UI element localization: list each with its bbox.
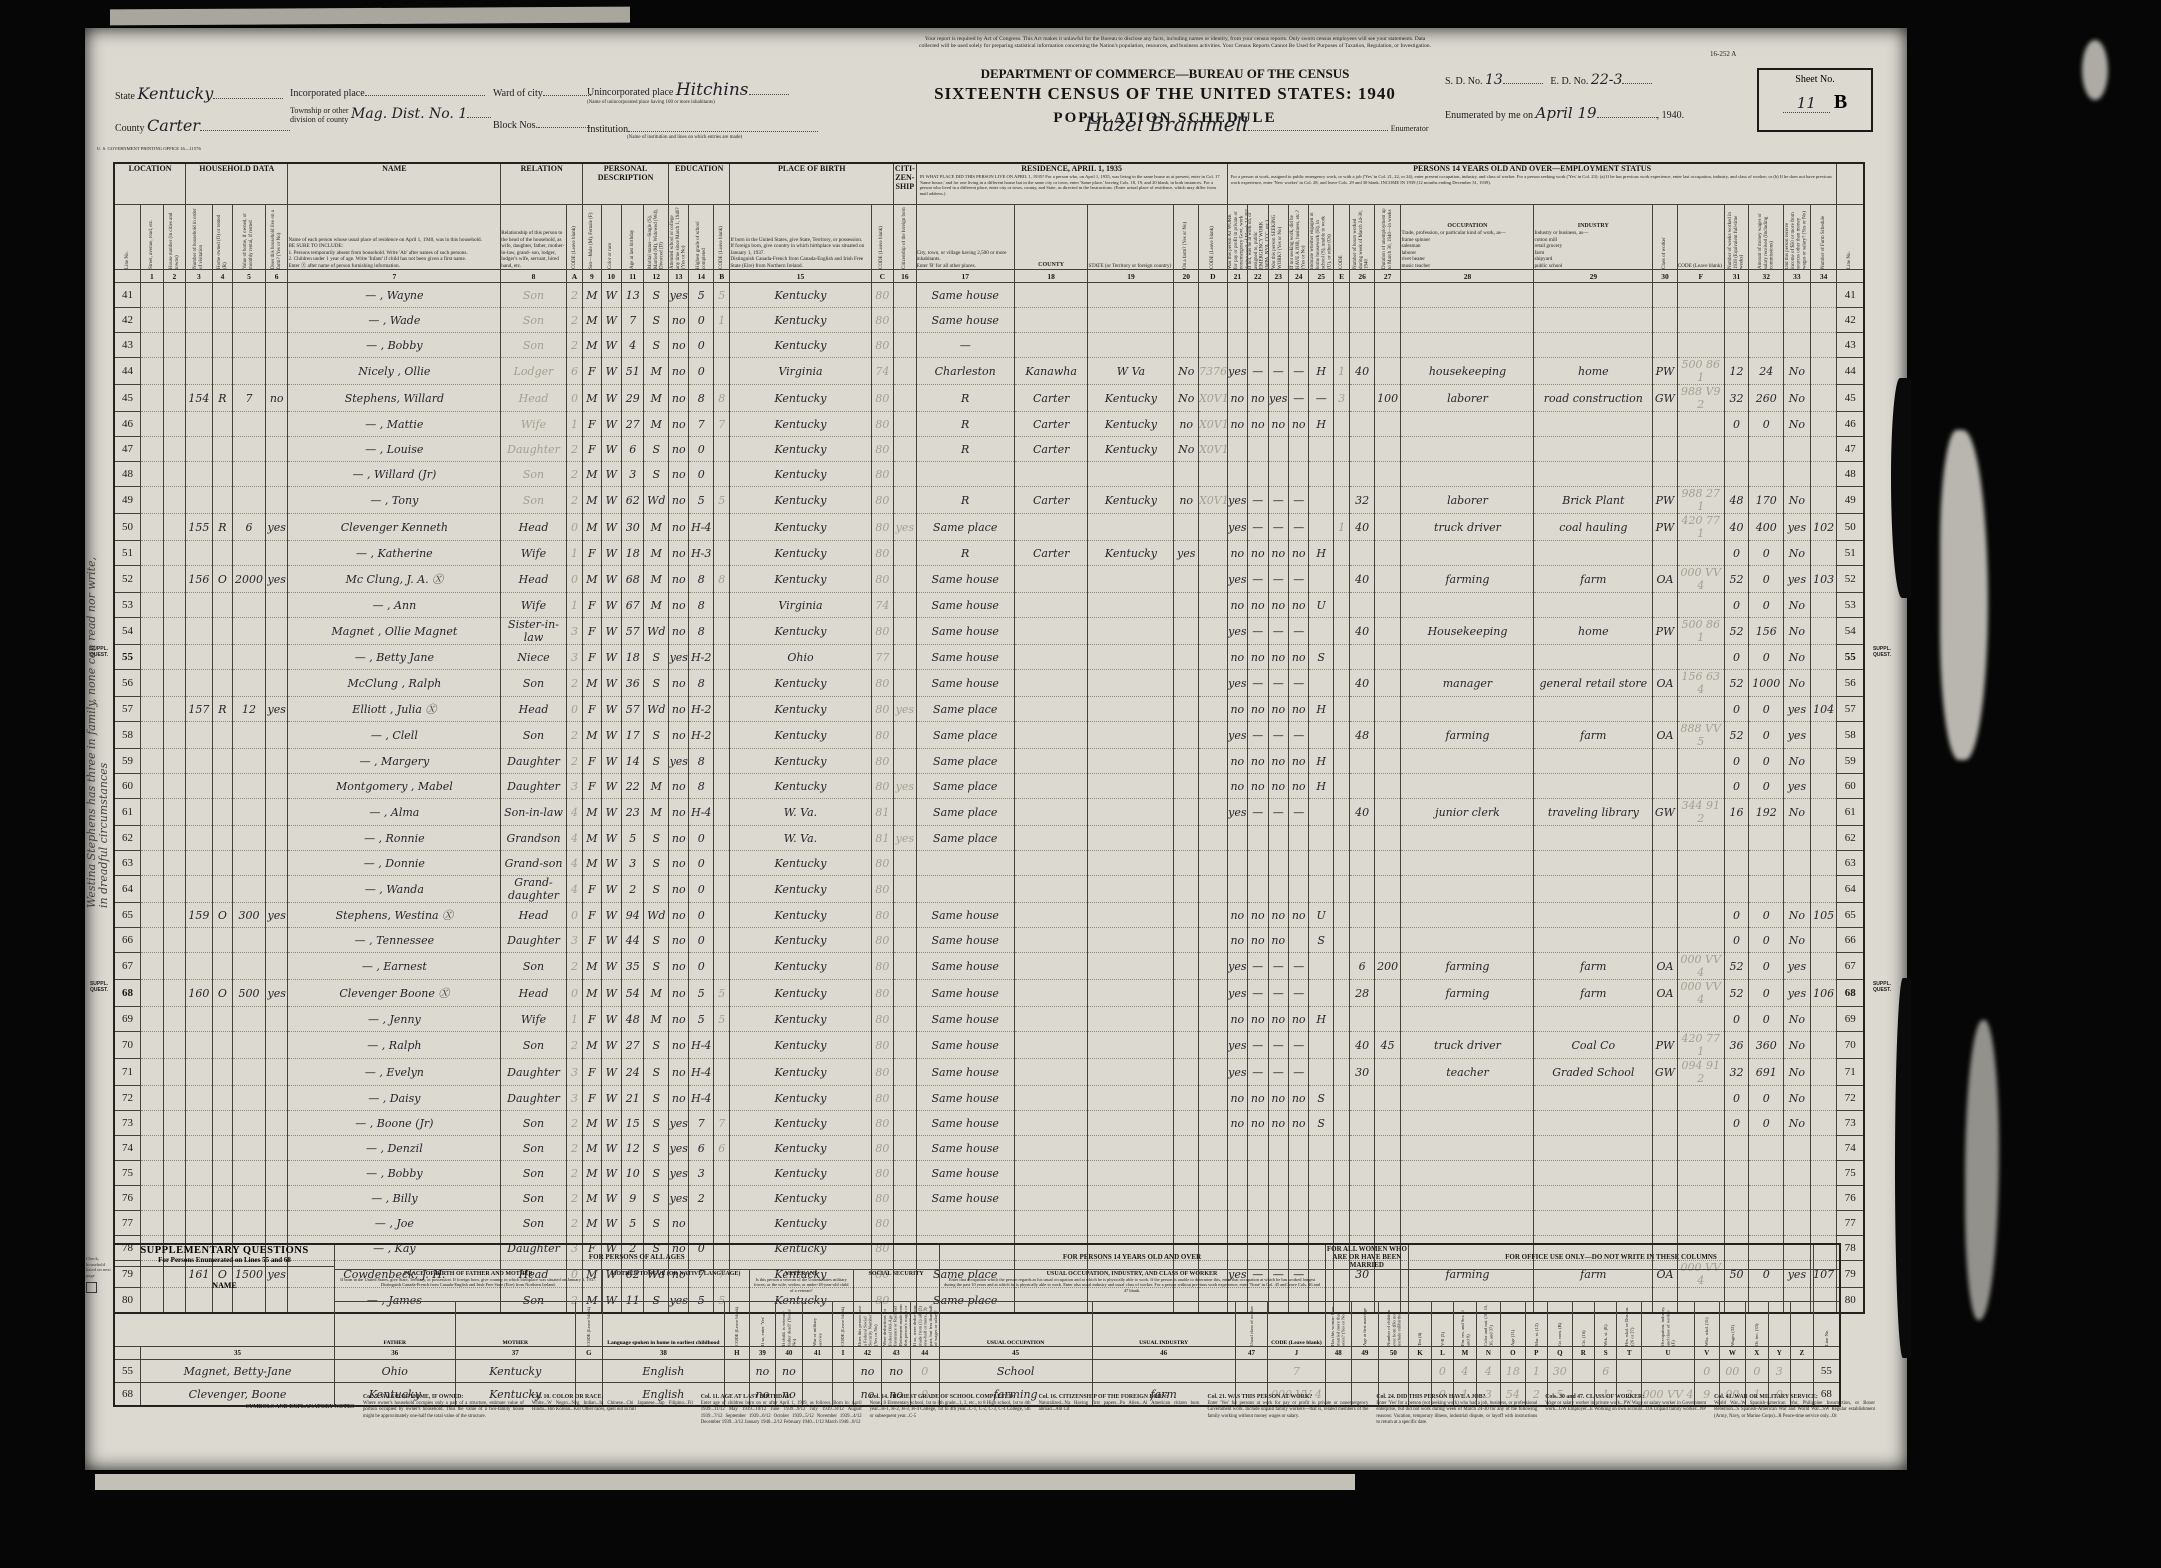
cell-22-r69: no [1248,1007,1268,1032]
supp-cell-46-r55 [1092,1360,1235,1383]
cell-11-r48: 3 [621,462,644,487]
cell-3-r67 [186,953,213,980]
cell-24-r42 [1288,308,1308,333]
cell-32-r73: 0 [1749,1111,1784,1136]
cell-23-r66: no [1268,928,1288,953]
cell-11-r52: 68 [621,566,644,593]
cell-34-r62 [1810,826,1837,851]
cell-C-r54: 80 [871,618,894,645]
cell-E-r41 [1333,283,1349,308]
column-desc-C: CODE (Leave blank) [871,205,894,270]
cell-27-r62 [1374,826,1401,851]
cell-19-r48 [1088,462,1174,487]
cell-9-r66: F [583,928,601,953]
cell-line-r56: 56 [114,670,141,697]
cell-3-r57: 157 [186,697,213,722]
cell-22-r67: — [1248,953,1268,980]
supp-col-desc-M: Fm. res. and Sex (6 and 9) [1454,1302,1476,1347]
cell-2-r57 [163,697,186,722]
supp-cell-Q-r55: 30 [1548,1360,1573,1383]
cell-2-r56 [163,670,186,697]
cell-17-r44: Charleston [916,358,1014,385]
person-row-57: 57157R12yesElliott , Julia ⓍHead0FW57Wdn… [114,697,1864,722]
cell-25-r50 [1309,514,1334,541]
column-number-11: 11 [621,270,644,283]
cell-D-r51 [1198,541,1227,566]
supp-col-number-S: S [1595,1347,1617,1360]
cell-18-r63 [1014,851,1088,876]
cell-26-r51 [1350,541,1375,566]
cell-22-r53: no [1248,593,1268,618]
supp-cell-50-r55 [1378,1360,1409,1383]
cell-8-r76: Son [501,1186,566,1211]
cell-33-r41 [1784,283,1811,308]
cell-E-r73 [1333,1111,1349,1136]
cell-21-r76 [1227,1186,1247,1211]
cell-12-r50: M [644,514,669,541]
person-row-47: 47— , LouiseDaughter2FW6Sno0Kentucky80RC… [114,437,1864,462]
cell-24-r58: — [1288,722,1308,749]
cell-21-r66: no [1227,928,1247,953]
supp-cell-U-r55 [1641,1360,1694,1383]
cell-C-r49: 80 [871,487,894,514]
cell-5-r54 [233,618,266,645]
cell-28-r60 [1401,774,1534,799]
cell-16-r57: yes [894,697,917,722]
cell-7-r43: — , Bobby [288,333,501,358]
cell-18-r53 [1014,593,1088,618]
cell-25-r67 [1309,953,1334,980]
cell-B-r48 [714,462,730,487]
cell-33-r63 [1784,851,1811,876]
cell-13-r75: yes [669,1161,689,1186]
supp-col-desc-38: Language spoken in home in earliest chil… [602,1302,725,1347]
cell-1-r74 [141,1136,164,1161]
cell-12-r56: S [644,670,669,697]
cell-6-r57: yes [265,697,288,722]
person-row-58: 58— , ClellSon2MW17SnoH-2Kentucky80Same … [114,722,1864,749]
cell-18-r56 [1014,670,1088,697]
cell-31-r48 [1724,462,1749,487]
cell-23-r64 [1268,876,1288,903]
cell-22-r65: no [1248,903,1268,928]
cell-8-r50: Head [501,514,566,541]
cell-22-r54: — [1248,618,1268,645]
cell-3-r53 [186,593,213,618]
cell-22-r43 [1248,333,1268,358]
cell-1-r71 [141,1059,164,1086]
cell-4-r52: O [212,566,232,593]
supp-col-number-I: I [833,1347,853,1360]
cell-E-r52 [1333,566,1349,593]
cell-33-r68: yes [1784,980,1811,1007]
cell-15-r54: Kentucky [730,618,871,645]
cell-30-r77 [1653,1211,1678,1236]
cell-10-r72: W [601,1086,621,1111]
cell-line-r76: 76 [1837,1186,1864,1211]
cell-27-r66 [1374,928,1401,953]
cell-31-r77 [1724,1211,1749,1236]
cell-14-r65: 0 [689,903,714,928]
cell-27-r50 [1374,514,1401,541]
cell-25-r73: S [1309,1111,1334,1136]
note-block-3: Col. 10. COLOR OR RACE:White...W Negro..… [532,1394,693,1427]
cell-34-r77 [1810,1211,1837,1236]
cell-11-r58: 17 [621,722,644,749]
cell-10-r47: W [601,437,621,462]
cell-1-r62 [141,826,164,851]
cell-34-r51 [1810,541,1837,566]
cell-28-r69 [1401,1007,1534,1032]
supp-col-desc-O: Age (11) [1501,1302,1526,1347]
cell-26-r42 [1350,308,1375,333]
note-block-4: Col. 11. AGE AT LAST BIRTHDAY:Enter age … [701,1394,862,1427]
cell-30-r53 [1653,593,1678,618]
cell-C-r43: 80 [871,333,894,358]
supp-subgroup-2: MOTHER TONGUE (OR NATIVE LANGUAGE) [602,1270,749,1302]
cell-line-r80: 80 [1837,1288,1864,1314]
cell-29-r58: farm [1534,722,1653,749]
cell-14-r67: 0 [689,953,714,980]
cell-23-r59: no [1268,749,1288,774]
supp-cell-36-r55: Ohio [335,1360,455,1383]
cell-25-r74 [1309,1136,1334,1161]
cell-21-r50: yes [1227,514,1247,541]
cell-20-r65 [1174,903,1199,928]
cell-32-r50: 400 [1749,514,1784,541]
cell-10-r46: W [601,412,621,437]
group-header-2: HOUSEHOLD DATA [186,163,288,205]
cell-1-r45 [141,385,164,412]
cell-D-r75 [1198,1161,1227,1186]
cell-27-r76 [1374,1186,1401,1211]
cell-24-r49: — [1288,487,1308,514]
cell-line-r75: 75 [1837,1161,1864,1186]
cell-32-r71: 691 [1749,1059,1784,1086]
cell-25-r75 [1309,1161,1334,1186]
cell-13-r58: no [669,722,689,749]
cell-E-r67 [1333,953,1349,980]
cell-4-r61 [212,799,232,826]
photo-artifact-blob [1965,1020,1999,1320]
cell-A-r41: 2 [566,283,582,308]
cell-1-r57 [141,697,164,722]
cell-24-r41 [1288,283,1308,308]
supp-col-number-V: V [1695,1347,1720,1360]
cell-10-r45: W [601,385,621,412]
cell-C-r77: 80 [871,1211,894,1236]
cell-30-r74 [1653,1136,1678,1161]
supp-col-desc-49: Age at first marriage [1352,1302,1379,1347]
person-row-54: 54Magnet , Ollie MagnetSister-in-law3FW5… [114,618,1864,645]
cell-21-r54: yes [1227,618,1247,645]
cell-line-r72: 72 [1837,1086,1864,1111]
cell-24-r48 [1288,462,1308,487]
cell-20-r55 [1174,645,1199,670]
cell-5-r52: 2000 [233,566,266,593]
supp-col-number-42: 42 [853,1347,882,1360]
cell-34-r48 [1810,462,1837,487]
cell-31-r45: 32 [1724,385,1749,412]
cell-9-r51: F [583,541,601,566]
cell-21-r46: no [1227,412,1247,437]
cell-11-r51: 18 [621,541,644,566]
cell-3-r55 [186,645,213,670]
cell-30-r54: PW [1653,618,1678,645]
cell-34-r68: 106 [1810,980,1837,1007]
cell-10-r53: W [601,593,621,618]
cell-26-r63 [1350,851,1375,876]
cell-13-r71: no [669,1059,689,1086]
cell-31-r60: 0 [1724,774,1749,799]
note-block-9: Cols. 30 and 47. CLASS OF WORKER:Wage or… [1545,1394,1706,1427]
cell-15-r64: Kentucky [730,876,871,903]
cell-23-r43 [1268,333,1288,358]
supp-col-desc-H: CODE (Leave blank) [725,1302,750,1347]
township-field: Township or otherdivision of county Mag.… [290,106,491,124]
cell-1-r48 [141,462,164,487]
cell-32-r68: 0 [1749,980,1784,1007]
cell-4-r67 [212,953,232,980]
cell-line-r61: 61 [114,799,141,826]
supp-col-desc-G: CODE (Leave blank) [576,1302,603,1347]
cell-7-r70: — , Ralph [288,1032,501,1059]
cell-15-r77: Kentucky [730,1211,871,1236]
supp-col-number-35: 35 [141,1347,335,1360]
cell-10-r69: W [601,1007,621,1032]
cell-14-r41: 5 [689,283,714,308]
cell-7-r67: — , Earnest [288,953,501,980]
cell-32-r55: 0 [1749,645,1784,670]
cell-17-r59: Same place [916,749,1014,774]
cell-17-r64 [916,876,1014,903]
cell-14-r72: H-4 [689,1086,714,1111]
cell-20-r47: No [1174,437,1199,462]
cell-4-r43 [212,333,232,358]
cell-6-r53 [265,593,288,618]
cell-8-r52: Head [501,566,566,593]
cell-18-r67 [1014,953,1088,980]
cell-26-r66 [1350,928,1375,953]
column-number-12: 12 [644,270,669,283]
cell-12-r66: S [644,928,669,953]
cell-7-r55: — , Betty Jane [288,645,501,670]
cell-18-r43 [1014,333,1088,358]
cell-30-r47 [1653,437,1678,462]
page-edge-sliver-bottom [95,1474,1355,1490]
cell-E-r63 [1333,851,1349,876]
supp-col-number-46: 46 [1092,1347,1235,1360]
cell-27-r45: 100 [1374,385,1401,412]
cell-29-r69 [1534,1007,1653,1032]
cell-C-r62: 81 [871,826,894,851]
cell-30-r72 [1653,1086,1678,1111]
cell-32-r72: 0 [1749,1086,1784,1111]
cell-17-r52: Same house [916,566,1014,593]
cell-11-r77: 5 [621,1211,644,1236]
cell-C-r59: 80 [871,749,894,774]
cell-5-r46 [233,412,266,437]
cell-15-r67: Kentucky [730,953,871,980]
cell-10-r75: W [601,1161,621,1186]
cell-14-r43: 0 [689,333,714,358]
cell-10-r61: W [601,799,621,826]
photo-artifact-blob [1940,430,1988,760]
cell-3-r46 [186,412,213,437]
cell-D-r48 [1198,462,1227,487]
cell-12-r74: S [644,1136,669,1161]
cell-1-r70 [141,1032,164,1059]
cell-22-r58: — [1248,722,1268,749]
cell-12-r61: M [644,799,669,826]
cell-15-r47: Kentucky [730,437,871,462]
cell-18-r45: Carter [1014,385,1088,412]
supp-col-desc-K: Ten (4) [1409,1302,1431,1347]
cell-20-r59 [1174,749,1199,774]
cell-F-r47 [1677,437,1724,462]
cell-4-r70 [212,1032,232,1059]
cell-3-r54 [186,618,213,645]
cell-6-r63 [265,851,288,876]
checkbox [86,1282,97,1293]
cell-2-r54 [163,618,186,645]
cell-8-r44: Lodger [501,358,566,385]
supp-col-number-X: X [1746,1347,1768,1360]
cell-3-r74 [186,1136,213,1161]
cell-33-r76 [1784,1186,1811,1211]
cell-E-r54 [1333,618,1349,645]
cell-B-r52: 8 [714,566,730,593]
cell-3-r52: 156 [186,566,213,593]
cell-26-r56: 40 [1350,670,1375,697]
cell-5-r45: 7 [233,385,266,412]
cell-27-r77 [1374,1211,1401,1236]
cell-24-r65: no [1288,903,1308,928]
cell-11-r66: 44 [621,928,644,953]
cell-18-r75 [1014,1161,1088,1186]
cell-9-r76: M [583,1186,601,1211]
supp-col-desc-I: CODE (Leave blank) [833,1302,853,1347]
cell-12-r59: S [644,749,669,774]
cell-23-r49: — [1268,487,1288,514]
cell-A-r48: 2 [566,462,582,487]
cell-E-r62 [1333,826,1349,851]
cell-34-r41 [1810,283,1837,308]
cell-D-r69 [1198,1007,1227,1032]
cell-4-r46 [212,412,232,437]
cell-F-r44: 500 86 1 [1677,358,1724,385]
supp-col-desc-X: Ot. inc. (33) [1746,1302,1768,1347]
cell-6-r50: yes [265,514,288,541]
cell-24-r45: — [1288,385,1308,412]
cell-27-r52 [1374,566,1401,593]
person-row-53: 53— , AnnWife1FW67Mno8Virginia74Same hou… [114,593,1864,618]
cell-2-r63 [163,851,186,876]
cell-4-r71 [212,1059,232,1086]
column-desc-line: Line No. [1837,205,1864,270]
cell-C-r65: 80 [871,903,894,928]
cell-34-r46 [1810,412,1837,437]
county-field: County Carter [115,116,290,135]
cell-B-r43 [714,333,730,358]
supp-col-desc-44: If so, were deductions made from (1) all… [910,1302,939,1347]
supp-col-number-Q: Q [1548,1347,1573,1360]
cell-18-r61 [1014,799,1088,826]
cell-24-r60: no [1288,774,1308,799]
cell-30-r75 [1653,1161,1678,1186]
cell-29-r66 [1534,928,1653,953]
cell-16-r53 [894,593,917,618]
cell-D-r45: X0V1 [1198,385,1227,412]
cell-4-r45: R [212,385,232,412]
cell-22-r59: no [1248,749,1268,774]
cell-20-r60 [1174,774,1199,799]
supp-col-number-36: 36 [335,1347,455,1360]
cell-1-r75 [141,1161,164,1186]
cell-27-r60 [1374,774,1401,799]
cell-12-r62: S [644,826,669,851]
person-row-61: 61— , AlmaSon-in-law4MW23MnoH-4W. Va.81S… [114,799,1864,826]
group-header-9: RESIDENCE, APRIL 1, 1935IN WHAT PLACE DI… [916,163,1227,205]
column-number-33: 33 [1784,270,1811,283]
cell-25-r53: U [1309,593,1334,618]
cell-1-r53 [141,593,164,618]
cell-14-r42: 0 [689,308,714,333]
cell-29-r48 [1534,462,1653,487]
group-header-11 [1837,163,1864,205]
cell-34-r57: 104 [1810,697,1837,722]
cell-17-r75: Same house [916,1161,1014,1186]
cell-17-r48 [916,462,1014,487]
cell-line-r41: 41 [114,283,141,308]
cell-21-r48 [1227,462,1247,487]
cell-26-r73 [1350,1111,1375,1136]
cell-7-r49: — , Tony [288,487,501,514]
cell-18-r69 [1014,1007,1088,1032]
column-desc-30: Class of worker [1653,205,1678,270]
cell-25-r44: H [1309,358,1334,385]
cell-F-r64 [1677,876,1724,903]
column-desc-4: Home owned (O) or rented (R) [212,205,232,270]
cell-28-r49: laborer [1401,487,1534,514]
cell-E-r60 [1333,774,1349,799]
cell-line-r64: 64 [114,876,141,903]
cell-16-r54 [894,618,917,645]
cell-24-r67: — [1288,953,1308,980]
cell-5-r56 [233,670,266,697]
cell-line-r53: 53 [114,593,141,618]
cell-20-r71 [1174,1059,1199,1086]
cell-31-r66: 0 [1724,928,1749,953]
cell-F-r52: 000 VV 4 [1677,566,1724,593]
cell-25-r69: H [1309,1007,1334,1032]
supp-cell-P-r55: 1 [1525,1360,1547,1383]
cell-31-r51: 0 [1724,541,1749,566]
cell-23-r74 [1268,1136,1288,1161]
cell-9-r44: F [583,358,601,385]
cell-27-r46 [1374,412,1401,437]
cell-28-r77 [1401,1211,1534,1236]
cell-20-r43 [1174,333,1199,358]
cell-6-r72 [265,1086,288,1111]
cell-C-r55: 77 [871,645,894,670]
cell-4-r69 [212,1007,232,1032]
cell-D-r60 [1198,774,1227,799]
cell-7-r60: Montgomery , Mabel [288,774,501,799]
cell-C-r72: 80 [871,1086,894,1111]
census-title: SIXTEENTH CENSUS OF THE UNITED STATES: 1… [795,84,1535,104]
cell-30-r73 [1653,1111,1678,1136]
